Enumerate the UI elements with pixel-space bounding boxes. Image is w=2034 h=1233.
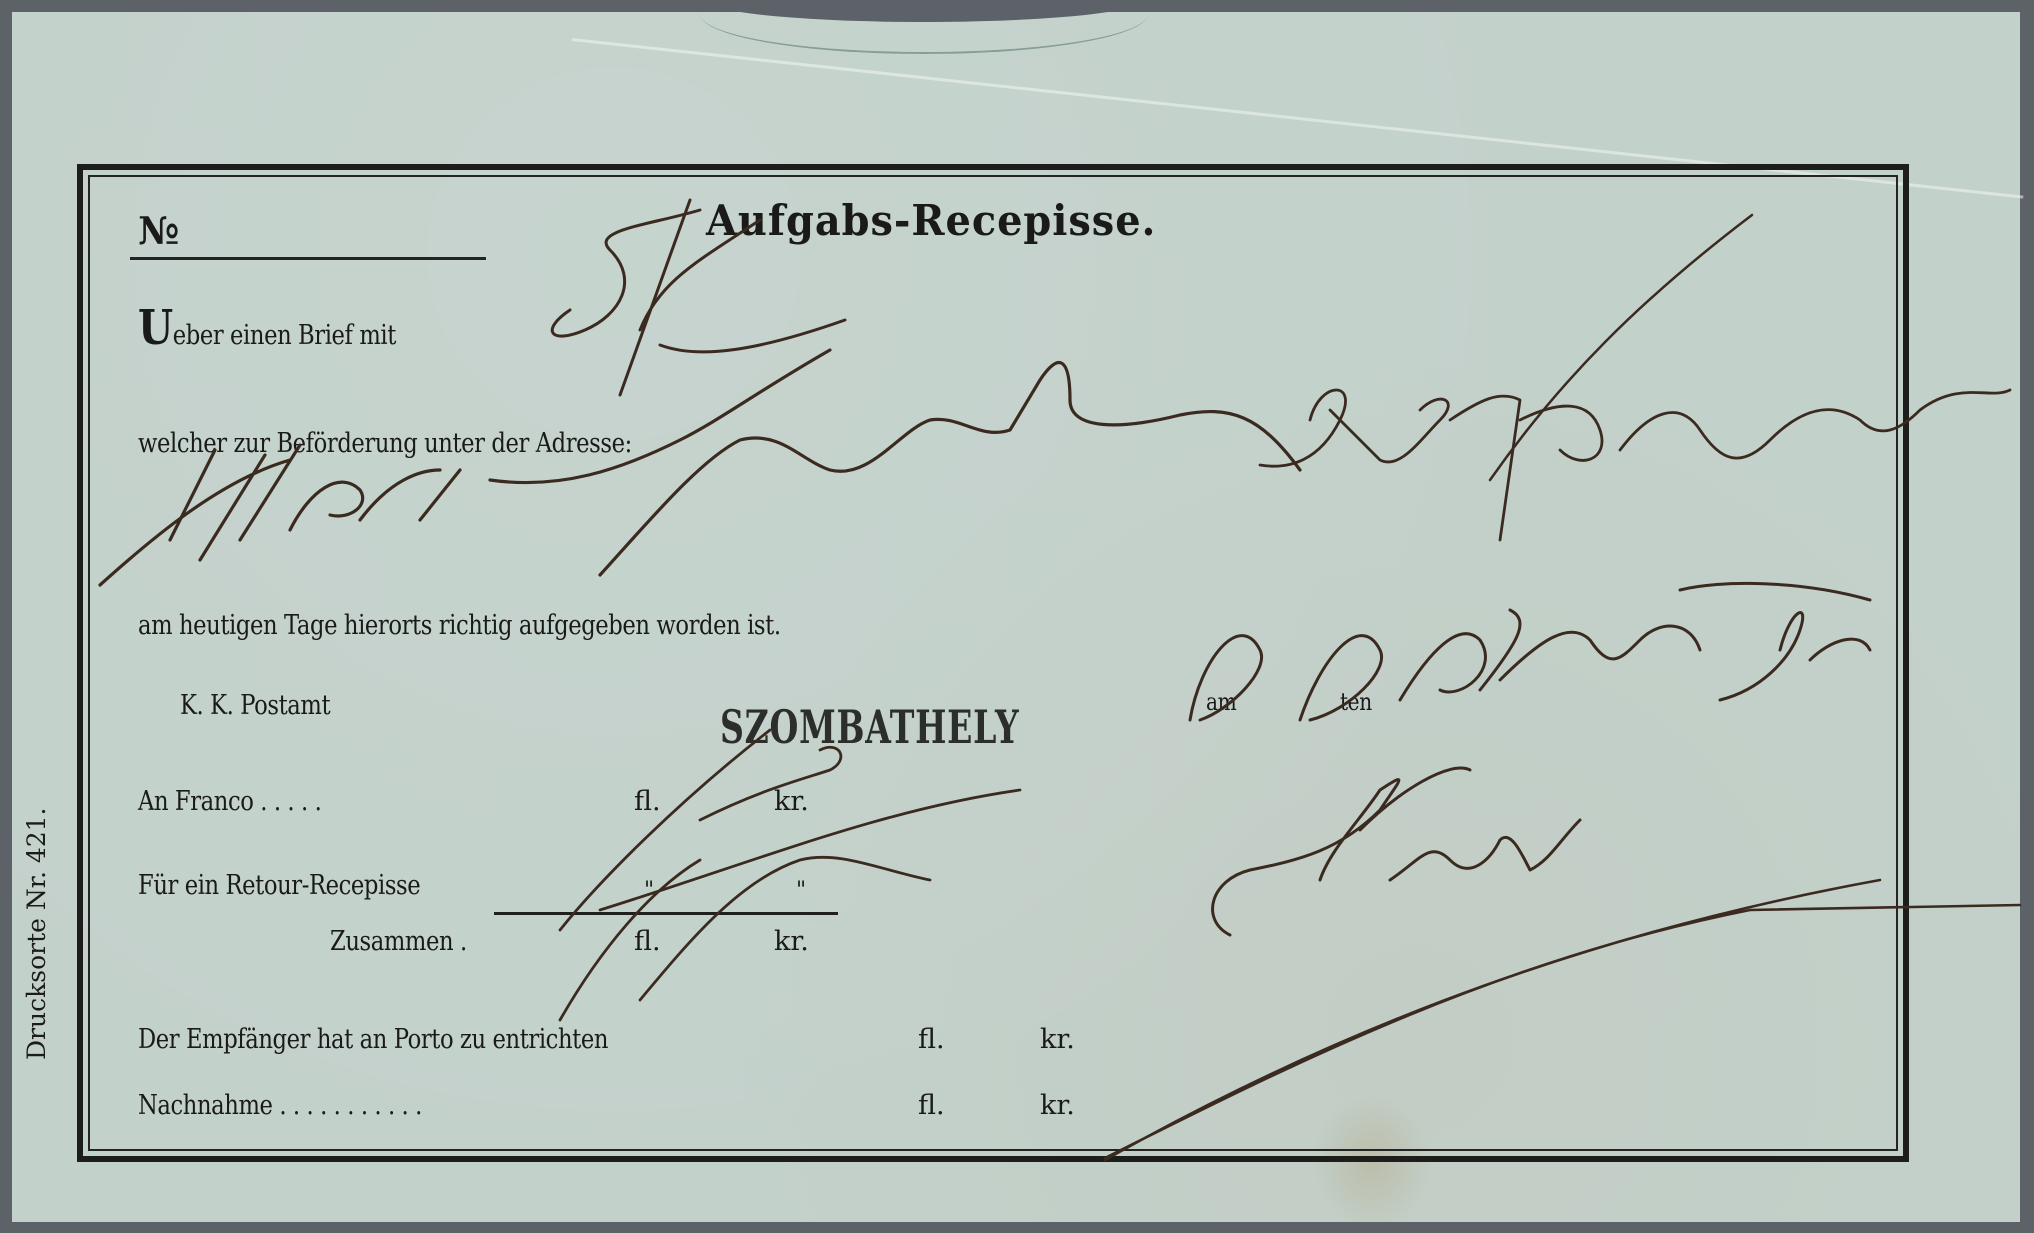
date-ten: ten [1340,688,1372,716]
total-fl: fl. [634,926,661,957]
return-ditto-fl: " [644,878,654,903]
line-cod: Nachnahme . . . . . . . . . . . [138,1090,422,1121]
cod-fl: fl. [918,1090,945,1121]
porto-fl: fl. [918,1024,945,1055]
line-post-office: K. K. Postamt [180,690,330,721]
number-label: № [138,208,179,253]
total-kr: kr. [774,926,809,957]
return-ditto-kr: " [796,878,806,903]
line-forwarding: welcher zur Beförderung unter der Adress… [138,428,632,459]
line-letter-with: Ueber einen Brief mit [138,300,396,356]
line-posted-today: am heutigen Tage hierorts richtig aufgeg… [138,610,781,641]
number-field-line [130,257,486,260]
line-franco: An Franco . . . . . [138,786,321,817]
porto-kr: kr. [1040,1024,1075,1055]
line-return-receipt: Für ein Retour-Recepisse [138,870,420,901]
franco-fl: fl. [634,786,661,817]
cod-kr: kr. [1040,1090,1075,1121]
sum-rule [494,912,838,915]
franco-kr: kr. [774,786,809,817]
document-title: Aufgabs-Recepisse. [706,196,1156,245]
form-code-vertical: Drucksorte Nr. 421. [22,807,51,1060]
line-total: Zusammen . [330,926,467,957]
postmark-stamp: SZOMBATHELY [720,700,1019,754]
line-letter-with-text: eber einen Brief mit [173,320,396,351]
drop-initial: U [138,300,173,356]
line-recipient-porto: Der Empfänger hat an Porto zu entrichten [138,1024,608,1055]
date-am: am [1206,688,1236,716]
